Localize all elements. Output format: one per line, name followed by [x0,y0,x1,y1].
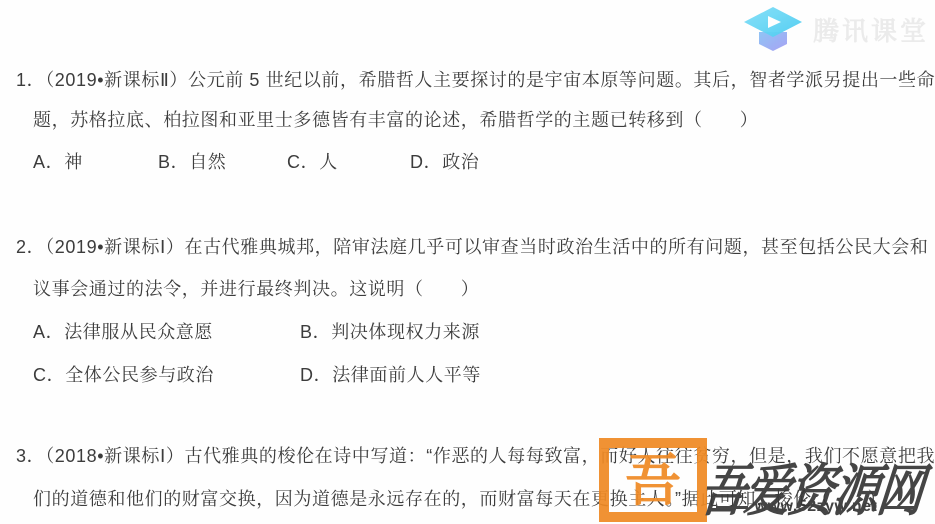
question-2-option-d: D．法律面前人人平等 [300,361,481,387]
tencent-classroom-icon [743,6,803,52]
question-2-option-a: A．法律服从民众意愿 [33,318,213,344]
question-1-option-b: B．自然 [158,148,226,174]
question-2-option-c: C．全体公民参与政治 [33,361,214,387]
question-1-option-c: C．人 [287,148,338,174]
question-3-line-1: 3．（2018•新课标Ⅰ）古代雅典的梭伦在诗中写道：“作恶的人每每致富，而好人往… [16,442,935,468]
brand-logo-text: 腾讯课堂 [813,11,929,48]
question-1-option-d: D．政治 [410,148,479,174]
dash-line-right [884,506,916,509]
question-1-line-1: 1．（2019•新课标Ⅱ）公元前 5 世纪以前，希腊哲人主要探讨的是宇宙本原等问… [16,66,935,92]
question-1-line-2: 题，苏格拉底、柏拉图和亚里士多德皆有丰富的论述，希腊哲学的主题已转移到（ ） [33,106,758,132]
question-3-line-2: 们的道德和他们的财富交换，因为道德是永远存在的，而财富每天在更换主人。”据此可知… [33,485,886,511]
question-2-line-2: 议事会通过的法令，并进行最终判决。这说明（ ） [33,275,479,301]
question-2-option-b: B．判决体现权力来源 [300,318,480,344]
question-1-option-a: A．神 [33,148,83,174]
question-2-line-1: 2．（2019•新课标Ⅰ）在古代雅典城邦，陪审法庭几乎可以审查当时政治生活中的所… [16,233,928,259]
worksheet-page: 腾讯课堂 1．（2019•新课标Ⅱ）公元前 5 世纪以前，希腊哲人主要探讨的是宇… [0,0,935,524]
brand-logo: 腾讯课堂 [743,6,929,52]
